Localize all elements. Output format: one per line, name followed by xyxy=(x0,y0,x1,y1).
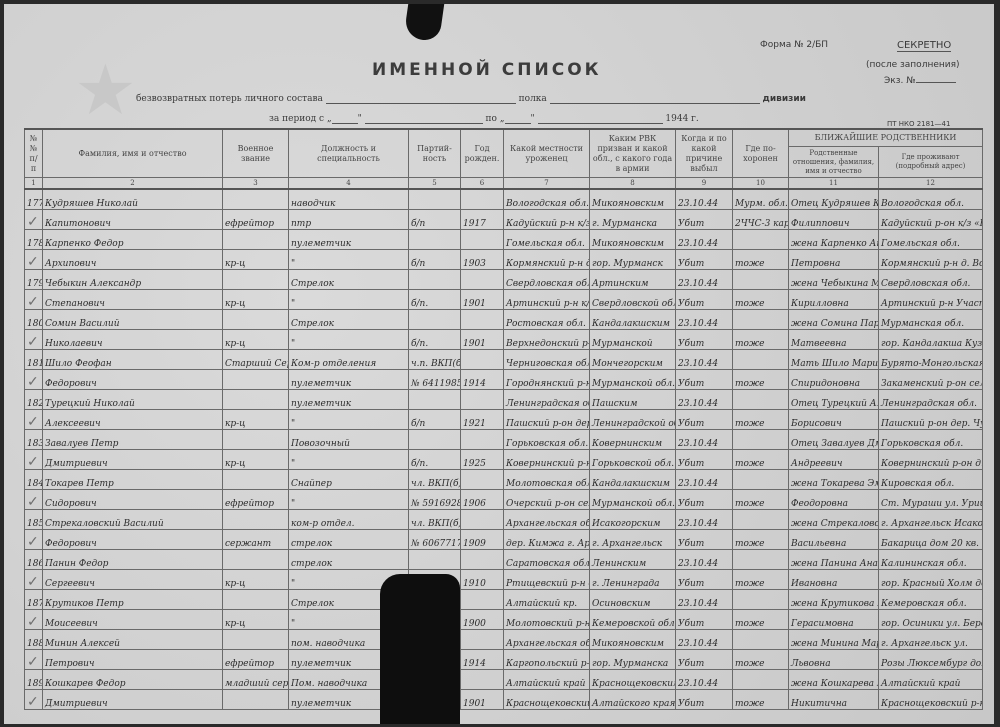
table-row-continuation: ✓Алексеевичкр-ц"б/п1921Пашский р-он дер.… xyxy=(25,410,983,430)
relatives-group-header: БЛИЖАЙШИЕ РОДСТВЕННИКИ xyxy=(789,129,983,147)
checkmark-icon: ✓ xyxy=(27,254,39,270)
patronymic: Петрович xyxy=(43,650,223,670)
secret-stamp: СЕКРЕТНО xyxy=(897,40,951,52)
birth-year: 1910 xyxy=(461,570,504,590)
address: Свердловская обл. xyxy=(879,270,983,290)
burial-note: тоже xyxy=(733,690,789,710)
born-top xyxy=(461,630,504,650)
checkmark-icon: ✓ xyxy=(27,374,39,390)
rank: кр-ц xyxy=(223,570,289,590)
surname-name: Токарев Петр xyxy=(43,470,223,490)
patronymic: Алексеевич xyxy=(43,410,223,430)
rvk: Микояновским xyxy=(590,630,676,650)
table-row-continuation: ✓Капитоновичефрейторптрб/п1917Кадуйский … xyxy=(25,210,983,230)
patronymic: Николаевич xyxy=(43,330,223,350)
row-check: ✓ xyxy=(25,210,43,230)
col-header-4: Должность и специальность xyxy=(289,129,409,178)
born-top xyxy=(461,550,504,570)
reason-left: Убит xyxy=(676,570,733,590)
col-header-3: Военное звание xyxy=(223,129,289,178)
burial-place xyxy=(733,630,789,650)
period-year: 1944 г. xyxy=(665,114,698,124)
table-row: 183Завалуев ПетрПовозочныйГорьковская об… xyxy=(25,430,983,450)
rank-top xyxy=(223,510,289,530)
rank: Старший Сержант xyxy=(225,359,289,369)
born-top xyxy=(461,230,504,250)
rank-value: кр-ц xyxy=(225,299,245,309)
party-top: чл. ВКП(б) xyxy=(409,510,461,530)
burial-place: Мурм. обл. Ноордвин. xyxy=(733,189,789,210)
row-check: ✓ xyxy=(25,290,43,310)
origin-region: Саратовская обл. xyxy=(504,550,590,570)
torn-paper-hole xyxy=(403,4,445,40)
relative-patronymic: Львовна xyxy=(789,650,879,670)
copy-number: Экз. № xyxy=(884,76,956,86)
party: б/п. xyxy=(409,450,461,470)
rvk: Кандалакшским xyxy=(590,470,676,490)
relative-patronymic: Андреевич xyxy=(789,450,879,470)
relative: жена Токарева Эммиз xyxy=(789,470,879,490)
surname-name: Турецкий Николай xyxy=(43,390,223,410)
burial-note: 2ЧЧС-3 кар. 1:50000 xyxy=(733,210,789,230)
regiment-label: полка xyxy=(519,94,547,104)
burial-place xyxy=(733,590,789,610)
rank: кр-ц xyxy=(223,290,289,310)
burial-place xyxy=(733,390,789,410)
patronymic: Дмитриевич xyxy=(43,690,223,710)
burial-note: тоже xyxy=(733,370,789,390)
rank: кр-ц xyxy=(223,410,289,430)
party: б/п xyxy=(409,410,461,430)
rvk-region: гор. Мурманск xyxy=(590,250,676,270)
patronymic: Архипович xyxy=(43,250,223,270)
date-left: 23.10.44 xyxy=(676,630,733,650)
party-top: чл. ВКП(б) xyxy=(409,470,461,490)
born-top xyxy=(461,310,504,330)
torn-paper-hole xyxy=(380,574,460,724)
table-row-continuation: ✓Дмитриевичпулеметчик1901Краснощековский… xyxy=(25,690,983,710)
born-top xyxy=(461,350,504,370)
rvk-region: Мурманской xyxy=(590,330,676,350)
relative: жена Чебыкина Мария xyxy=(789,270,879,290)
party-top xyxy=(409,189,461,210)
address-detail: Пашский р-он дер. Чунево xyxy=(879,410,983,430)
rvk: Микояновским xyxy=(590,189,676,210)
birth-year: 1906 xyxy=(461,490,504,510)
star-watermark-icon: ★ xyxy=(74,49,137,131)
surname-name: Панин Федор xyxy=(43,550,223,570)
burial-note: тоже xyxy=(733,650,789,670)
table-row-continuation: ✓Сергеевичкр-ц"1910Ртищевский р-н село К… xyxy=(25,570,983,590)
document-page: ★ ИМЕННОЙ СПИСОК Форма № 2/БП СЕКРЕТНО (… xyxy=(4,4,994,724)
table-row: 186Панин ФедорстрелокСаратовская обл.Лен… xyxy=(25,550,983,570)
born-top xyxy=(461,670,504,690)
burial-place xyxy=(733,470,789,490)
origin-locality: Кормянский р-н д. Вороновку xyxy=(504,250,590,270)
burial-note: тоже xyxy=(733,530,789,550)
relative: жена Панина Анастасия xyxy=(789,550,879,570)
relative-patronymic: Васильевна xyxy=(789,530,879,550)
row-number: 183 xyxy=(25,430,43,450)
rank: ефрейтор xyxy=(223,490,289,510)
post: Ком-р отделения xyxy=(289,350,409,370)
date-left: 23.10.44 xyxy=(676,189,733,210)
row-number: 189 xyxy=(25,670,43,690)
surname-name: Кудряшев Николай xyxy=(43,189,223,210)
table-row: 181Шило ФеофанСтарший СержантКом-р отдел… xyxy=(25,350,983,370)
relative: жена Сомина Параскевья xyxy=(789,310,879,330)
period-from-label: за период с xyxy=(269,114,324,124)
origin-region: Ростовская обл. xyxy=(504,310,590,330)
relative-patronymic: Ивановна xyxy=(789,570,879,590)
address: г. Архангельск ул. xyxy=(879,630,983,650)
reason-left: Убит xyxy=(676,290,733,310)
rank xyxy=(223,370,289,390)
origin-region: Горьковская обл. xyxy=(504,430,590,450)
burial-place xyxy=(733,270,789,290)
party: № 5916928 xyxy=(409,490,461,510)
burial-note: тоже xyxy=(733,410,789,430)
rvk: Микояновским xyxy=(590,230,676,250)
patronymic: Моисеевич xyxy=(43,610,223,630)
checkmark-icon: ✓ xyxy=(27,494,39,510)
address: Бурято-Монгольская АССР xyxy=(879,350,983,370)
specialty: " xyxy=(289,250,409,270)
relative: жена Карпенко Анастасия xyxy=(789,230,879,250)
rvk: Ленинским xyxy=(590,550,676,570)
rvk: Краснощековским РВК xyxy=(590,670,676,690)
burial-place xyxy=(733,230,789,250)
patronymic: Федорович xyxy=(43,370,223,390)
birth-year: 1914 xyxy=(461,370,504,390)
after-filling-note: (после заполнения) xyxy=(866,60,960,70)
reason-left: Убит xyxy=(676,610,733,630)
birth-year: 1925 xyxy=(461,450,504,470)
patronymic: Капитонович xyxy=(43,210,223,230)
origin-locality: Городнянский р-н д. Песчаное xyxy=(504,370,590,390)
row-number: 177 xyxy=(25,189,43,210)
address-detail: гор. Красный Холм дер. Мазачи xyxy=(879,570,983,590)
relative: Отец Завалуев Дмитрий xyxy=(789,430,879,450)
party: № 6411985 xyxy=(409,370,461,390)
address: Вологодская обл. xyxy=(879,189,983,210)
reason-left: Убит xyxy=(676,330,733,350)
period-to-label: по xyxy=(486,114,497,124)
address: Калининская обл. xyxy=(879,550,983,570)
rank-top xyxy=(223,630,289,650)
address-detail: Бакарица дом 20 кв. 52 xyxy=(879,530,983,550)
relative: жена Стрекаловская Анна xyxy=(789,510,879,530)
table-row: 177Кудряшев НиколайнаводчикВологодская о… xyxy=(25,189,983,210)
date-left: 23.10.44 xyxy=(676,270,733,290)
table-row-continuation: ✓Дмитриевичкр-ц"б/п.1925Ковернинский р-н… xyxy=(25,450,983,470)
rank: кр-ц xyxy=(223,450,289,470)
born-top xyxy=(461,590,504,610)
specialty: " xyxy=(289,450,409,470)
date-left: 23.10.44 xyxy=(676,470,733,490)
relative-patronymic: Спиридоновна xyxy=(789,370,879,390)
relative-patronymic: Никитична xyxy=(789,690,879,710)
rank-value: кр-ц xyxy=(225,259,245,269)
relative: Отец Турецкий Алексей xyxy=(789,390,879,410)
date-left: 23.10.44 xyxy=(676,390,733,410)
burial-place xyxy=(733,550,789,570)
birth-year: 1901 xyxy=(461,330,504,350)
party: б/п xyxy=(409,250,461,270)
birth-year: 1901 xyxy=(461,690,504,710)
burial-note: тоже xyxy=(733,250,789,270)
party: б/п. xyxy=(409,330,461,350)
burial-note: тоже xyxy=(733,490,789,510)
row-check: ✓ xyxy=(25,330,43,350)
burial-place xyxy=(733,310,789,330)
origin-locality: Ртищевский р-н село Куртан xyxy=(504,570,590,590)
party-top xyxy=(409,430,461,450)
origin-region: Ленинградская обл. xyxy=(504,390,590,410)
reason-left: Убит xyxy=(676,530,733,550)
table-row-continuation: ✓Моисеевичкр-ц"1900Молотовский р-н село … xyxy=(25,610,983,630)
specialty: стрелок xyxy=(289,530,409,550)
reason-left: Убит xyxy=(676,690,733,710)
row-number: 186 xyxy=(25,550,43,570)
born-top xyxy=(461,470,504,490)
print-code: ПТ НКО 2181—41 xyxy=(887,120,950,128)
address: Кемеровская обл. xyxy=(879,590,983,610)
origin-locality: Верхнедонский р-н ст. Казанская xyxy=(504,330,590,350)
relative-patronymic: Матвеевна xyxy=(789,330,879,350)
party: б/п xyxy=(409,210,461,230)
table-body: 177Кудряшев НиколайнаводчикВологодская о… xyxy=(25,189,983,710)
rvk-region: Кемеровской обл. xyxy=(590,610,676,630)
rank-value: ефрейтор xyxy=(225,659,274,669)
rank-value: кр-ц xyxy=(225,579,245,589)
rank: кр-ц xyxy=(223,610,289,630)
col-header-9: Когда и по какой причине выбыл xyxy=(676,129,733,178)
surname-name: Стрекаловский Василий xyxy=(43,510,223,530)
rank-top xyxy=(223,310,289,330)
address: Кировская обл. xyxy=(879,470,983,490)
surname-name: Чебыкин Александр xyxy=(43,270,223,290)
surname-name: Шило Феофан xyxy=(43,350,223,370)
col-header-11: Родственные отношения, фамилия, имя и от… xyxy=(789,147,879,178)
losses-table: №№ п/п Фамилия, имя и отчество Военное з… xyxy=(24,128,983,710)
col-number: 7 xyxy=(504,178,590,190)
rvk: Мончегорским xyxy=(590,350,676,370)
row-number: 188 xyxy=(25,630,43,650)
relative-patronymic: Петровна xyxy=(789,250,879,270)
col-number: 10 xyxy=(733,178,789,190)
table-row: 185Стрекаловский Василийком-р отдел.чл. … xyxy=(25,510,983,530)
address: Мурманская обл. xyxy=(879,310,983,330)
rank-value: кр-ц xyxy=(225,419,245,429)
address: Гомельская обл. xyxy=(879,230,983,250)
row-check: ✓ xyxy=(25,490,43,510)
col-number: 3 xyxy=(223,178,289,190)
rank: ефрейтор xyxy=(223,650,289,670)
col-number: 1 xyxy=(25,178,43,190)
row-number: 182 xyxy=(25,390,43,410)
reason-left: Убит xyxy=(676,410,733,430)
origin-locality: Ковернинский р-н д. Скородумово xyxy=(504,450,590,470)
birth-year: 1909 xyxy=(461,530,504,550)
rvk-region: г. Мурманска xyxy=(590,210,676,230)
specialty: " xyxy=(289,290,409,310)
checkmark-icon: ✓ xyxy=(27,614,39,630)
table-row-continuation: ✓Федоровичсержантстрелок№ 60677171909дер… xyxy=(25,530,983,550)
rvk-region: Ленинградской обл. xyxy=(590,410,676,430)
table-row-continuation: ✓Сидоровичефрейтор"№ 59169281906Очерский… xyxy=(25,490,983,510)
specialty: птр xyxy=(289,210,409,230)
row-check: ✓ xyxy=(25,570,43,590)
address-detail: Ст. Мураши ул. Урицкого дом 15 кв. 3 xyxy=(879,490,983,510)
origin-locality: Артинский р-н к/з Путилово xyxy=(504,290,590,310)
relative-patronymic: Борисович xyxy=(789,410,879,430)
party-top xyxy=(409,390,461,410)
table-row-continuation: ✓Петровичефрейторпулеметчик1914Каргополь… xyxy=(25,650,983,670)
address-detail: Кормянский р-н д. Вороновки xyxy=(879,250,983,270)
birth-year: 1901 xyxy=(461,290,504,310)
checkmark-icon: ✓ xyxy=(27,654,39,670)
table-row: 188Минин Алексейпом. наводчикаАрхангельс… xyxy=(25,630,983,650)
post: Повозочный xyxy=(289,430,409,450)
burial-note: тоже xyxy=(733,450,789,470)
born-top xyxy=(461,189,504,210)
origin-region: Архангельская обл. Карпогорский р-н xyxy=(504,510,590,530)
rank-top xyxy=(223,230,289,250)
origin-locality: Кадуйский р-н к/з «Борец» xyxy=(504,210,590,230)
checkmark-icon: ✓ xyxy=(27,694,39,710)
address-detail: Артинский р-н Участок Сухоязн xyxy=(879,290,983,310)
table-row: 182Турецкий НиколайпулеметчикЛенинградск… xyxy=(25,390,983,410)
rank: сержант xyxy=(223,530,289,550)
origin-region: Гомельская обл. xyxy=(504,230,590,250)
post: наводчик xyxy=(289,189,409,210)
row-number: 185 xyxy=(25,510,43,530)
rank-value: ефрейтор xyxy=(225,499,274,509)
col-number: 6 xyxy=(461,178,504,190)
rank: кр-ц xyxy=(223,250,289,270)
row-check: ✓ xyxy=(25,530,43,550)
origin-region: Вологодская обл. xyxy=(504,189,590,210)
table-row: 178Карпенко ФедорпулеметчикГомельская об… xyxy=(25,230,983,250)
col-number: 11 xyxy=(789,178,879,190)
row-number: 178 xyxy=(25,230,43,250)
patronymic: Степанович xyxy=(43,290,223,310)
origin-locality: Молотовский р-н село Козлово xyxy=(504,610,590,630)
date-left: 23.10.44 xyxy=(676,670,733,690)
rank-top xyxy=(223,430,289,450)
rank: младший сержант xyxy=(225,679,289,689)
losses-line: безвозвратных потерь личного состава пол… xyxy=(136,94,806,104)
rank-value: кр-ц xyxy=(225,339,245,349)
rank-value: кр-ц xyxy=(225,619,245,629)
table-row-continuation: ✓Федоровичпулеметчик№ 64119851914Городня… xyxy=(25,370,983,390)
division-label: дивизии xyxy=(763,94,806,104)
checkmark-icon: ✓ xyxy=(27,414,39,430)
col-header-10: Где по-хоронен xyxy=(733,129,789,178)
relative: жена Крутикова Ефросинья xyxy=(789,590,879,610)
post: пулеметчик xyxy=(289,390,409,410)
born-top xyxy=(461,510,504,530)
table-row: 180Сомин ВасилийСтрелокРостовская обл.Ка… xyxy=(25,310,983,330)
rvk-region: г. Ленинграда xyxy=(590,570,676,590)
rank-top xyxy=(223,270,289,290)
origin-locality: Пашский р-он дер. Чунево xyxy=(504,410,590,430)
burial-note: тоже xyxy=(733,290,789,310)
col-number: 12 xyxy=(879,178,983,190)
address-detail: Ковернинский р-он д. Скородумово xyxy=(879,450,983,470)
date-left: 23.10.44 xyxy=(676,310,733,330)
reason-left: Убит xyxy=(676,490,733,510)
patronymic: Федорович xyxy=(43,530,223,550)
born-top xyxy=(461,430,504,450)
origin-region: Алтайский край xyxy=(504,670,590,690)
party-top xyxy=(409,270,461,290)
address: Алтайский край xyxy=(879,670,983,690)
relative: Мать Шило Мария xyxy=(789,350,879,370)
burial-place xyxy=(733,430,789,450)
birth-year: 1921 xyxy=(461,410,504,430)
table-row-continuation: ✓Николаевичкр-ц"б/п.1901Верхнедонский р-… xyxy=(25,330,983,350)
rvk-region: Мурманской обл. xyxy=(590,490,676,510)
origin-region: Молотовская обл. xyxy=(504,470,590,490)
rvk-region: гор. Мурманска xyxy=(590,650,676,670)
relative-patronymic: Феодоровна xyxy=(789,490,879,510)
rank-value: кр-ц xyxy=(225,459,245,469)
rvk: Кандалакшским xyxy=(590,310,676,330)
row-check: ✓ xyxy=(25,650,43,670)
post: Стрелок xyxy=(289,270,409,290)
rvk-region: Мурманской обл. xyxy=(590,370,676,390)
col-header-7: Какой местности уроженец xyxy=(504,129,590,178)
rvk-region: Алтайского края xyxy=(590,690,676,710)
origin-locality: Каргопольский р-н дер. Лохнево xyxy=(504,650,590,670)
surname-name: Завалуев Петр xyxy=(43,430,223,450)
rank: кр-ц xyxy=(223,330,289,350)
relative-patronymic: Кирилловна xyxy=(789,290,879,310)
row-number: 184 xyxy=(25,470,43,490)
checkmark-icon: ✓ xyxy=(27,574,39,590)
form-number: Форма № 2/БП xyxy=(760,40,828,50)
date-left: 23.10.44 xyxy=(676,350,733,370)
date-left: 23.10.44 xyxy=(676,550,733,570)
patronymic: Сидорович xyxy=(43,490,223,510)
origin-region: Архангельская обл. xyxy=(504,630,590,650)
row-number: 187 xyxy=(25,590,43,610)
surname-name: Крутиков Петр xyxy=(43,590,223,610)
date-left: 23.10.44 xyxy=(676,230,733,250)
col-header-1: №№ п/п xyxy=(25,129,43,178)
burial-place xyxy=(733,670,789,690)
row-check: ✓ xyxy=(25,450,43,470)
relative: Отец Кудряшев Капитон xyxy=(789,189,879,210)
rank-top xyxy=(223,550,289,570)
address-detail: Кадуйский р-он к/з «Борец» xyxy=(879,210,983,230)
row-check: ✓ xyxy=(25,610,43,630)
row-check: ✓ xyxy=(25,250,43,270)
post: ком-р отдел. xyxy=(289,510,409,530)
col-header-5: Партий-ность xyxy=(409,129,461,178)
rank-top xyxy=(223,189,289,210)
rank-top: Старший Сержант xyxy=(223,350,289,370)
reason-left: Убит xyxy=(676,210,733,230)
party-top xyxy=(409,550,461,570)
reason-left: Убит xyxy=(676,650,733,670)
relative-patronymic: Филиппович xyxy=(789,210,879,230)
party-top xyxy=(409,310,461,330)
row-check: ✓ xyxy=(25,410,43,430)
rank: ефрейтор xyxy=(223,210,289,230)
